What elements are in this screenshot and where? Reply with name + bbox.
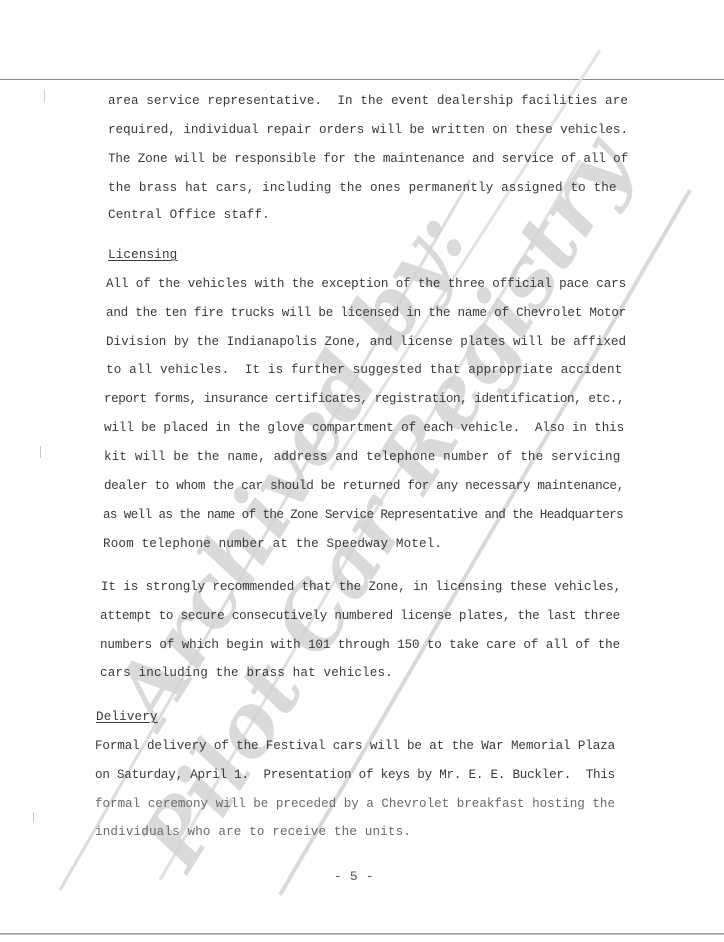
text-line: individuals who are to receive the units…	[95, 824, 411, 840]
bottom-page-edge	[0, 933, 724, 935]
text-line: formal ceremony will be preceded by a Ch…	[95, 796, 615, 812]
margin-mark	[44, 90, 45, 102]
section-heading-delivery: Delivery	[96, 709, 158, 725]
text-line: and the ten fire trucks will be licensed…	[106, 305, 626, 321]
text-line: on Saturday, April 1. Presentation of ke…	[95, 767, 615, 783]
text-line: required, individual repair orders will …	[108, 122, 628, 138]
text-line: to all vehicles. It is further suggested…	[106, 362, 622, 378]
margin-mark	[40, 446, 41, 458]
text-line: All of the vehicles with the exception o…	[106, 276, 626, 292]
text-line: kit will be the name, address and teleph…	[104, 449, 620, 465]
page-number: - 5 -	[334, 869, 374, 884]
text-line: It is strongly recommended that the Zone…	[101, 579, 621, 595]
top-page-edge	[0, 79, 724, 80]
text-line: attempt to secure consecutively numbered…	[100, 608, 620, 624]
text-line: numbers of which begin with 101 through …	[100, 637, 620, 653]
text-line: Division by the Indianapolis Zone, and l…	[106, 334, 626, 350]
text-line: will be placed in the glove compartment …	[104, 420, 624, 436]
text-line: report forms, insurance certificates, re…	[104, 391, 624, 407]
margin-mark	[33, 812, 34, 822]
text-line: as well as the name of the Zone Service …	[103, 507, 623, 523]
text-line: Central Office staff.	[108, 207, 270, 223]
text-line: Formal delivery of the Festival cars wil…	[95, 738, 615, 754]
document-page: Archived by: Pilot Car Registry area ser…	[0, 0, 724, 942]
text-line: cars including the brass hat vehicles.	[100, 665, 393, 681]
text-line: area service representative. In the even…	[108, 93, 628, 109]
text-line: The Zone will be responsible for the mai…	[108, 151, 628, 167]
section-heading-licensing: Licensing	[108, 247, 177, 263]
text-line: Room telephone number at the Speedway Mo…	[103, 536, 442, 552]
text-line: dealer to whom the car should be returne…	[104, 478, 624, 494]
text-line: the brass hat cars, including the ones p…	[108, 180, 617, 196]
